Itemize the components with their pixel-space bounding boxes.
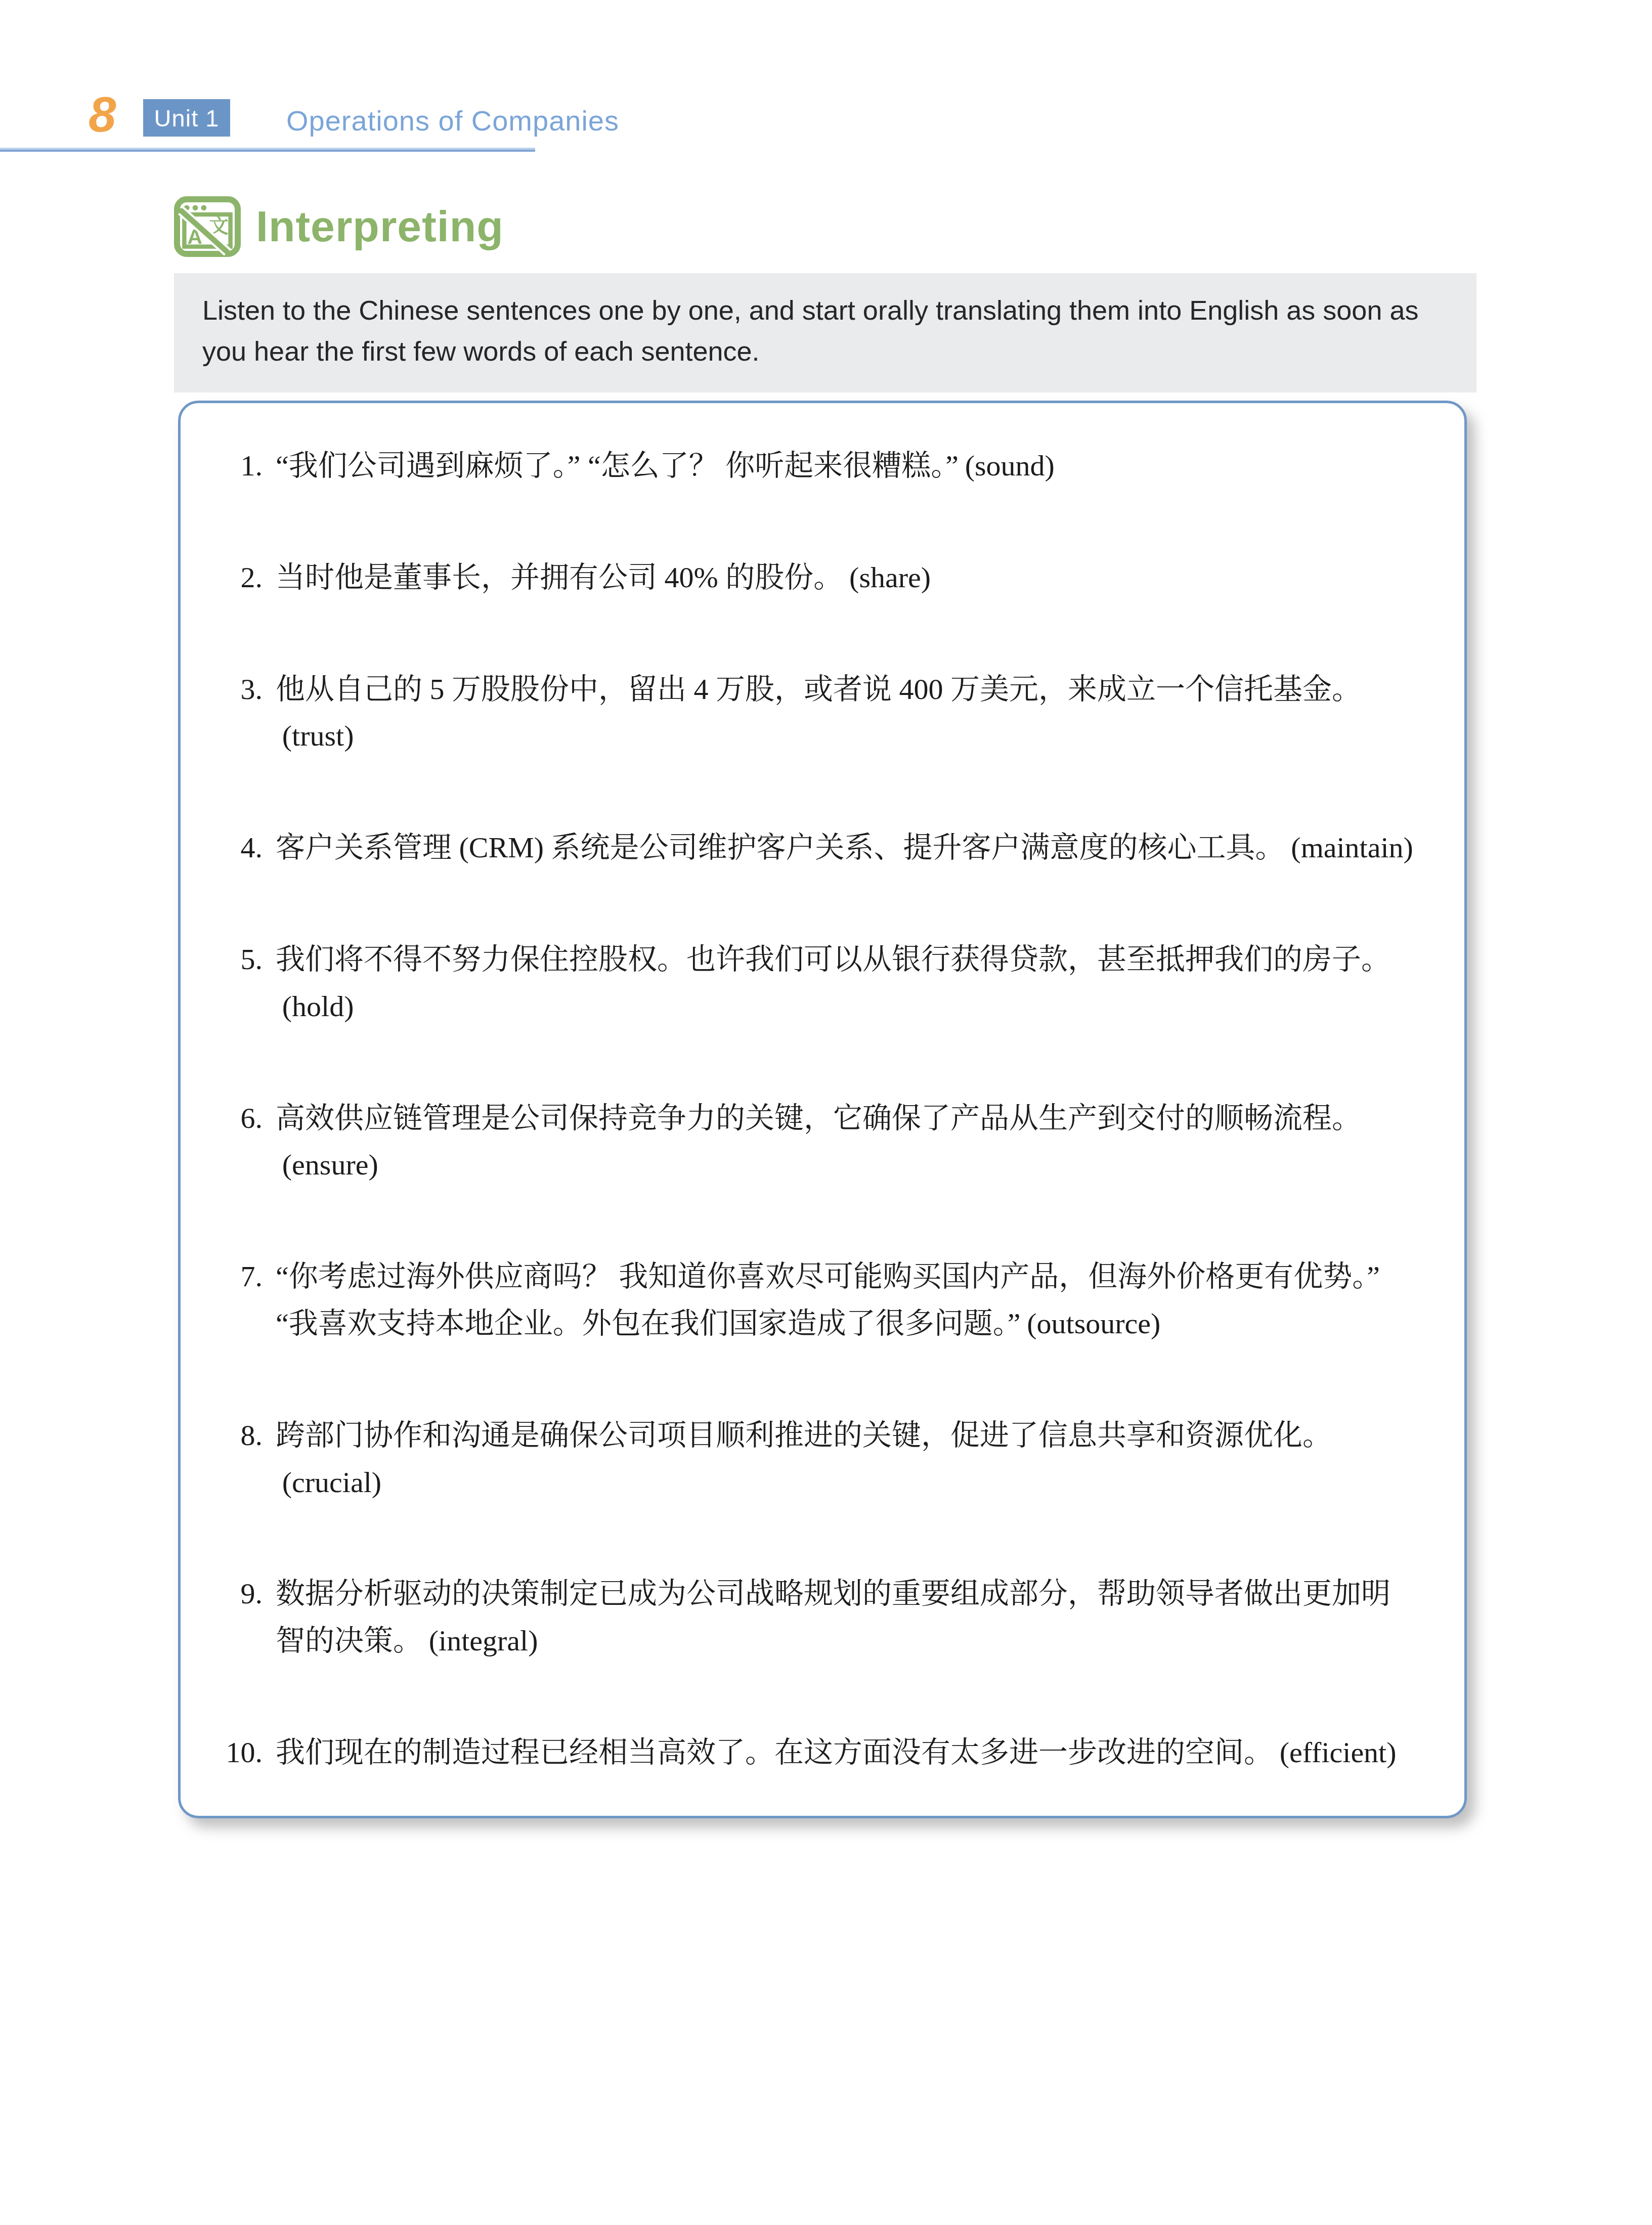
sentence-item: 9. 数据分析驱动的决策制定已成为公司战略规划的重要组成部分，帮助领导者做出更加… bbox=[181, 1570, 1444, 1665]
item-text: 我们现在的制造过程已经相当高效了。在这方面没有太多进一步改进的空间。(effic… bbox=[276, 1729, 1444, 1776]
item-text: 高效供应链管理是公司保持竞争力的关键，它确保了产品从生产到交付的顺畅流程。(en… bbox=[276, 1095, 1444, 1189]
item-hint: (ensure) bbox=[282, 1148, 378, 1181]
item-hint: (outsource) bbox=[1027, 1307, 1160, 1340]
header-rule bbox=[0, 148, 535, 152]
sentence-item: 4. 客户关系管理 (CRM) 系统是公司维护客户关系、提升客户满意度的核心工具… bbox=[181, 824, 1444, 871]
item-chinese: 当时他是董事长，并拥有公司 40% 的股份。 bbox=[276, 561, 843, 594]
page-number: 8 bbox=[89, 86, 116, 143]
item-number: 5. bbox=[181, 936, 263, 1030]
translate-icon: A 文 bbox=[174, 196, 241, 257]
item-chinese: “你考虑过海外供应商吗？ 我知道你喜欢尽可能购买国内产品，但海外价格更有优势。”… bbox=[276, 1260, 1380, 1340]
item-number: 2. bbox=[181, 554, 263, 601]
item-number: 8. bbox=[181, 1412, 263, 1506]
item-text: 数据分析驱动的决策制定已成为公司战略规划的重要组成部分，帮助领导者做出更加明智的… bbox=[276, 1570, 1444, 1665]
sentence-item: 2. 当时他是董事长，并拥有公司 40% 的股份。(share) bbox=[181, 554, 1444, 601]
textbook-page: 8 Unit 1 Operations of Companies A 文 Int… bbox=[0, 0, 1652, 2225]
item-text: 客户关系管理 (CRM) 系统是公司维护客户关系、提升客户满意度的核心工具。(m… bbox=[276, 824, 1444, 871]
section-heading: A 文 Interpreting bbox=[174, 196, 504, 257]
item-hint: (sound) bbox=[965, 449, 1055, 482]
sentence-item: 10. 我们现在的制造过程已经相当高效了。在这方面没有太多进一步改进的空间。(e… bbox=[181, 1729, 1444, 1776]
item-number: 3. bbox=[181, 666, 263, 760]
item-number: 4. bbox=[181, 824, 263, 871]
unit-title: Operations of Companies bbox=[286, 104, 619, 137]
item-chinese: 我们将不得不努力保住控股权。也许我们可以从银行获得贷款，甚至抵押我们的房子。 bbox=[276, 943, 1390, 976]
item-text: 当时他是董事长，并拥有公司 40% 的股份。(share) bbox=[276, 554, 1444, 601]
item-chinese: 我们现在的制造过程已经相当高效了。在这方面没有太多进一步改进的空间。 bbox=[276, 1736, 1273, 1769]
item-number: 10. bbox=[181, 1729, 263, 1776]
unit-badge: Unit 1 bbox=[143, 99, 230, 137]
item-hint: (share) bbox=[849, 561, 931, 594]
item-text: “你考虑过海外供应商吗？ 我知道你喜欢尽可能购买国内产品，但海外价格更有优势。”… bbox=[276, 1253, 1444, 1347]
sentence-box: 1. “我们公司遇到麻烦了。” “怎么了？ 你听起来很糟糕。”(sound) 2… bbox=[178, 401, 1467, 1818]
item-chinese: “我们公司遇到麻烦了。” “怎么了？ 你听起来很糟糕。” bbox=[276, 449, 959, 482]
sentence-item: 5. 我们将不得不努力保住控股权。也许我们可以从银行获得贷款，甚至抵押我们的房子… bbox=[181, 936, 1444, 1030]
item-hint: (crucial) bbox=[282, 1466, 381, 1499]
item-number: 1. bbox=[181, 443, 263, 490]
item-hint: (hold) bbox=[282, 990, 354, 1023]
item-chinese: 客户关系管理 (CRM) 系统是公司维护客户关系、提升客户满意度的核心工具。 bbox=[276, 831, 1285, 864]
sentence-item: 3. 他从自己的 5 万股股份中，留出 4 万股，或者说 400 万美元，来成立… bbox=[181, 666, 1444, 760]
item-number: 7. bbox=[181, 1253, 263, 1347]
section-title: Interpreting bbox=[256, 202, 504, 252]
item-text: 他从自己的 5 万股股份中，留出 4 万股，或者说 400 万美元，来成立一个信… bbox=[276, 666, 1444, 760]
sentence-item: 7. “你考虑过海外供应商吗？ 我知道你喜欢尽可能购买国内产品，但海外价格更有优… bbox=[181, 1253, 1444, 1347]
sentence-item: 1. “我们公司遇到麻烦了。” “怎么了？ 你听起来很糟糕。”(sound) bbox=[181, 443, 1444, 490]
item-chinese: 跨部门协作和沟通是确保公司项目顺利推进的关键，促进了信息共享和资源优化。 bbox=[276, 1419, 1332, 1452]
item-number: 6. bbox=[181, 1095, 263, 1189]
instructions: Listen to the Chinese sentences one by o… bbox=[174, 273, 1476, 392]
item-text: 跨部门协作和沟通是确保公司项目顺利推进的关键，促进了信息共享和资源优化。(cru… bbox=[276, 1412, 1444, 1506]
item-chinese: 他从自己的 5 万股股份中，留出 4 万股，或者说 400 万美元，来成立一个信… bbox=[276, 673, 1361, 706]
item-hint: (maintain) bbox=[1291, 831, 1413, 864]
sentence-item: 6. 高效供应链管理是公司保持竞争力的关键，它确保了产品从生产到交付的顺畅流程。… bbox=[181, 1095, 1444, 1189]
item-hint: (trust) bbox=[282, 719, 354, 752]
item-hint: (efficient) bbox=[1280, 1736, 1397, 1769]
item-text: “我们公司遇到麻烦了。” “怎么了？ 你听起来很糟糕。”(sound) bbox=[276, 443, 1444, 490]
item-text: 我们将不得不努力保住控股权。也许我们可以从银行获得贷款，甚至抵押我们的房子。(h… bbox=[276, 936, 1444, 1030]
item-number: 9. bbox=[181, 1570, 263, 1665]
item-chinese: 高效供应链管理是公司保持竞争力的关键，它确保了产品从生产到交付的顺畅流程。 bbox=[276, 1102, 1361, 1135]
item-hint: (integral) bbox=[429, 1624, 538, 1657]
sentence-item: 8. 跨部门协作和沟通是确保公司项目顺利推进的关键，促进了信息共享和资源优化。(… bbox=[181, 1412, 1444, 1506]
